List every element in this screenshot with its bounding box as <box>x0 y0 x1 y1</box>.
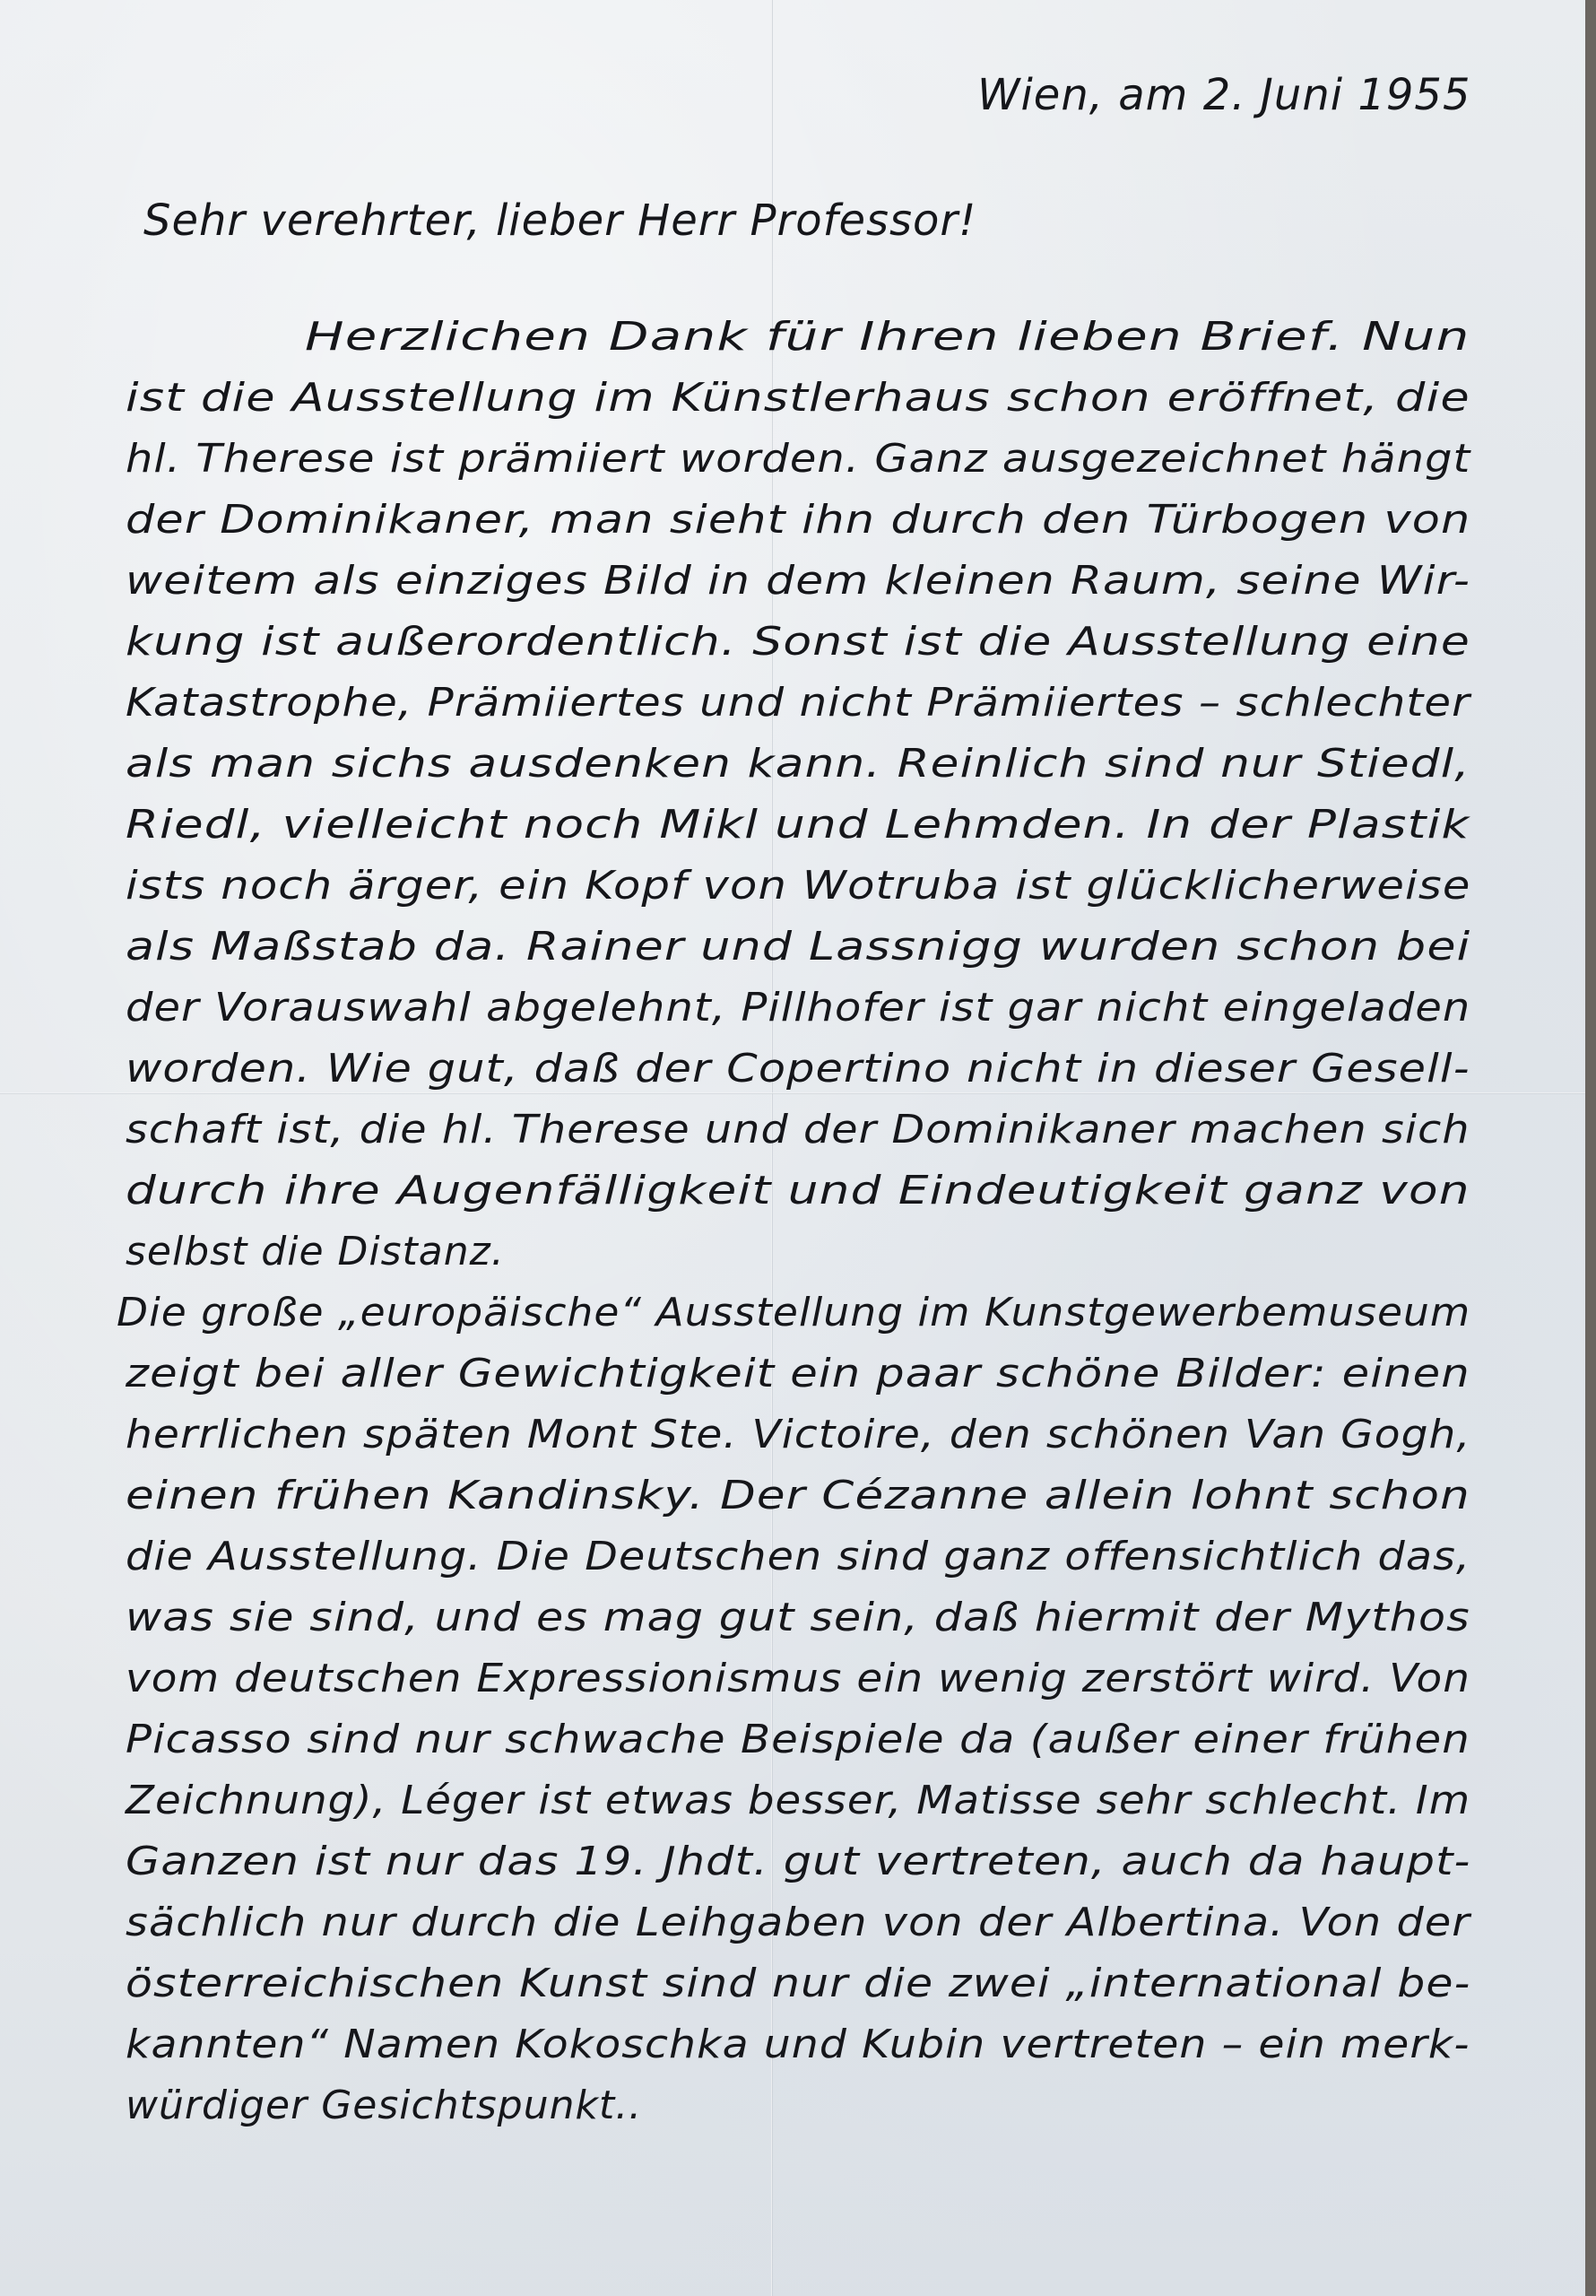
letter-line: hl. Therese ist prämiiert worden. Ganz a… <box>126 436 1470 482</box>
letter-line: zeigt bei aller Gewichtigkeit ein paar s… <box>126 1351 1470 1396</box>
letter-line: als man sichs ausdenken kann. Reinlich s… <box>126 741 1470 787</box>
letter-paper: Wien, am 2. Juni 1955 Sehr verehrter, li… <box>0 0 1585 2296</box>
letter-salutation: Sehr verehrter, lieber Herr Professor! <box>143 196 976 246</box>
letter-line: der Dominikaner, man sieht ihn durch den… <box>126 497 1470 543</box>
letter-line: der Vorauswahl abgelehnt, Pillhofer ist … <box>126 985 1470 1031</box>
letter-line: selbst die Distanz. <box>126 1229 505 1274</box>
letter-line: worden. Wie gut, daß der Copertino nicht… <box>126 1046 1470 1091</box>
letter-line: Ganzen ist nur das 19. Jhdt. gut vertret… <box>126 1839 1470 1884</box>
letter-line: herrlichen späten Mont Ste. Victoire, de… <box>126 1412 1471 1457</box>
letter-line: Die große „europäische“ Ausstellung im K… <box>117 1290 1470 1335</box>
letter-line: Riedl, vielleicht noch Mikl und Lehmden.… <box>126 802 1470 848</box>
letter-line: schaft ist, die hl. Therese und der Domi… <box>126 1107 1470 1152</box>
horizontal-fold-crease <box>0 1092 1585 1094</box>
letter-line: Katastrophe, Prämiiertes und nicht Prämi… <box>126 680 1470 726</box>
letter-line: kannten“ Namen Kokoschka und Kubin vertr… <box>126 2022 1470 2067</box>
letter-line: durch ihre Augenfälligkeit und Eindeutig… <box>126 1168 1470 1213</box>
letter-line: Herzlichen Dank für Ihren lieben Brief. … <box>305 314 1470 360</box>
letter-line: weitem als einziges Bild in dem kleinen … <box>126 558 1470 604</box>
letter-place-date: Wien, am 2. Juni 1955 <box>977 70 1471 120</box>
letter-line: vom deutschen Expressionismus ein wenig … <box>126 1656 1470 1701</box>
letter-line: Picasso sind nur schwache Beispiele da (… <box>126 1717 1470 1762</box>
letter-line: was sie sind, und es mag gut sein, daß h… <box>126 1595 1470 1640</box>
letter-line: sächlich nur durch die Leihgaben von der… <box>126 1900 1470 1945</box>
letter-line: kung ist außerordentlich. Sonst ist die … <box>126 619 1470 665</box>
letter-line: österreichischen Kunst sind nur die zwei… <box>126 1961 1470 2006</box>
letter-line: einen frühen Kandinsky. Der Cézanne alle… <box>126 1473 1470 1518</box>
letter-line: ist die Ausstellung im Künstlerhaus scho… <box>126 375 1470 421</box>
letter-line: ists noch ärger, ein Kopf von Wotruba is… <box>126 863 1471 909</box>
letter-line: würdiger Gesichtspunkt.. <box>126 2083 642 2128</box>
letter-line: als Maßstab da. Rainer und Lassnigg wurd… <box>126 924 1470 970</box>
letter-line: Zeichnung), Léger ist etwas besser, Mati… <box>126 1778 1470 1823</box>
letter-line: die Ausstellung. Die Deutschen sind ganz… <box>126 1534 1470 1579</box>
